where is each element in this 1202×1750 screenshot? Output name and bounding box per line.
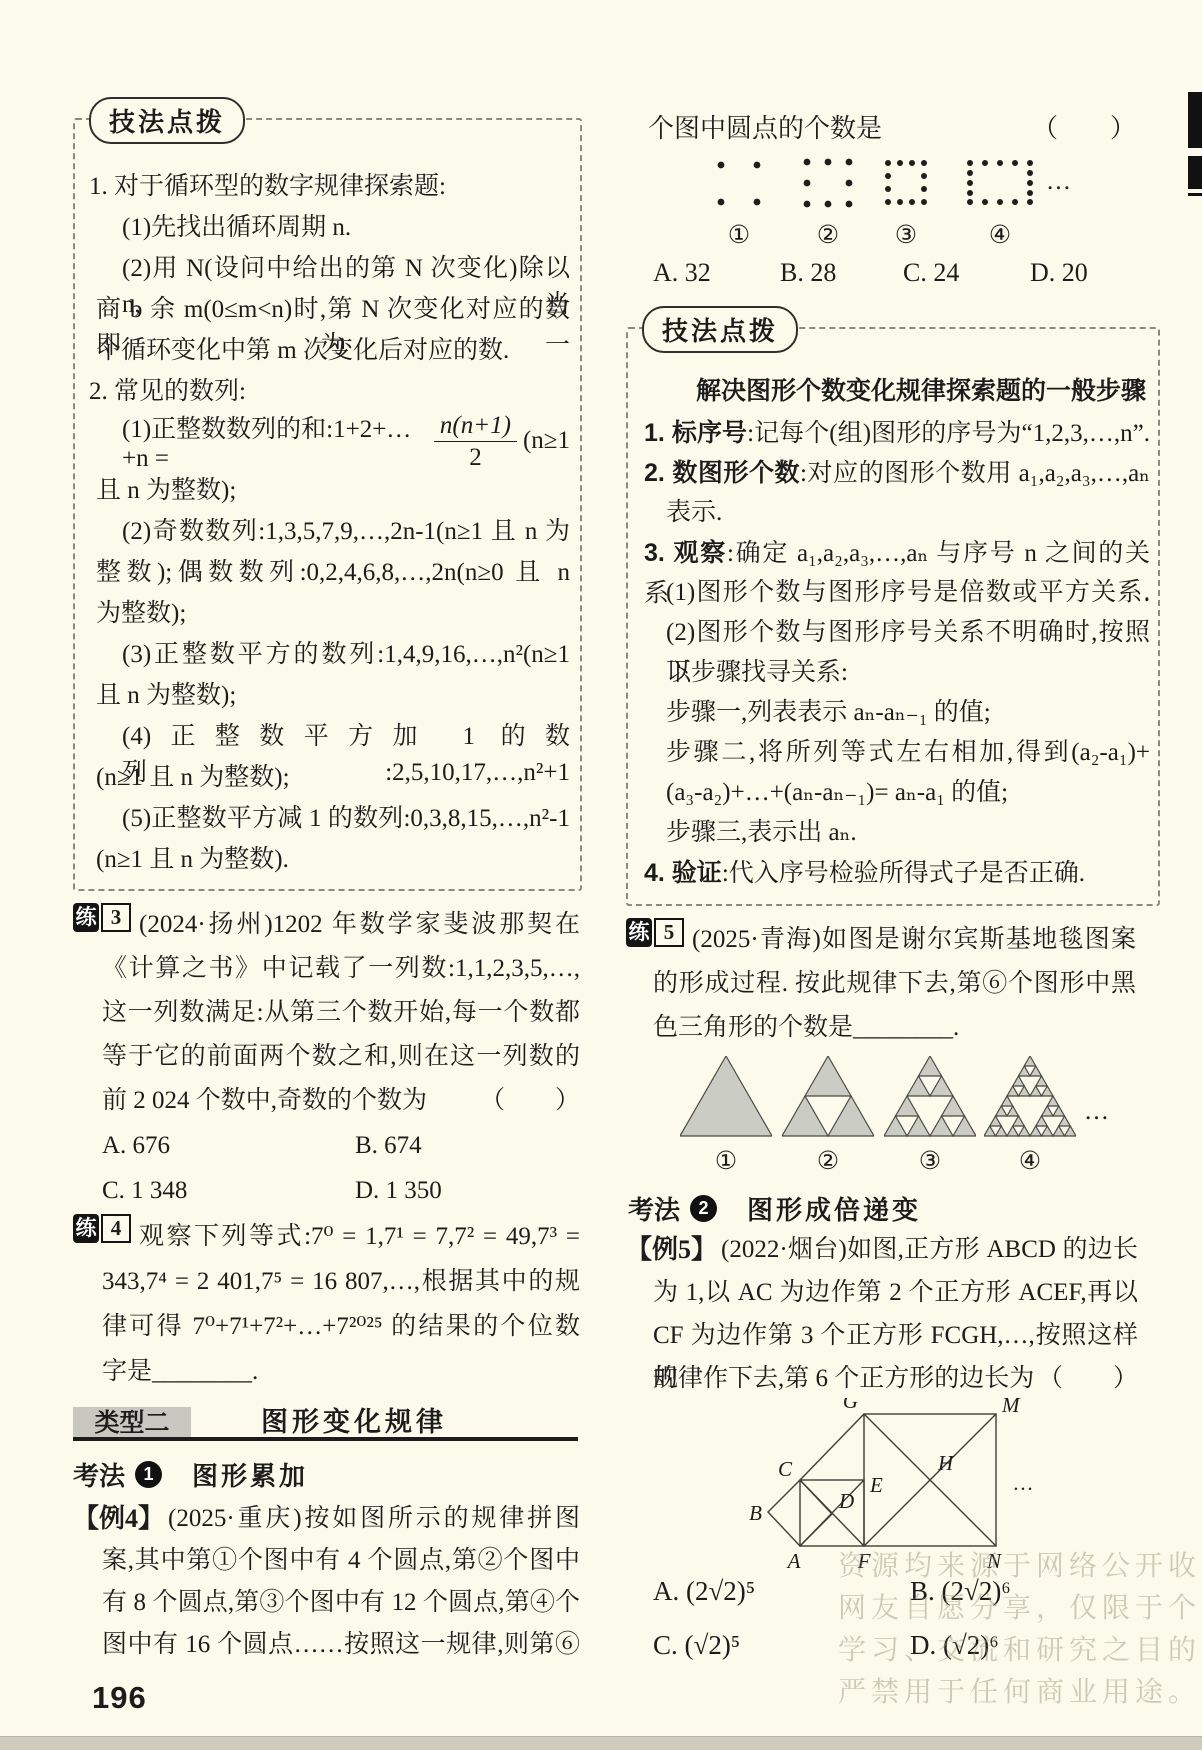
answer-bracket: （ ） xyxy=(1032,110,1136,148)
option-d: D. 1 350 xyxy=(355,1168,580,1213)
section-rule xyxy=(73,1437,578,1441)
practice-tag: 练 xyxy=(73,903,99,932)
watermark: 资源均来源于网络公开收集及 网友自愿分享，仅限于个人 学习、交流和研究之目的， … xyxy=(838,1546,1202,1714)
figure-label-4: ④ xyxy=(966,220,1034,250)
tip-line: 为整数); xyxy=(89,593,570,634)
page-bottom-edge xyxy=(0,1736,1202,1750)
example-tag: 【例5】 xyxy=(626,1228,717,1271)
tip-line: 下步骤找寻关系: xyxy=(644,653,1150,693)
example-4: 【例4】 (2025·重庆)按如图所示的规律拼图 案,其中第①个图中有 4 个圆… xyxy=(73,1498,580,1666)
problem-line: (2025·重庆)按如图所示的规律拼图 xyxy=(168,1498,580,1540)
watermark-line: 严禁用于任何商业用途。 xyxy=(838,1672,1202,1714)
sierpinski-figure-4 xyxy=(984,1056,1076,1138)
formula-pre: (1)正整数数列的和:1+2+…+n = xyxy=(122,409,428,473)
problem-line: 《计算之书》中记载了一列数:1,1,2,3,5,…, xyxy=(73,947,580,991)
option-c: C. (√2)⁵ xyxy=(653,1630,740,1661)
answer-bracket: （ ） xyxy=(480,1079,580,1123)
tip-line: (1)先找出循环周期 n. xyxy=(89,207,570,248)
practice-marker: 练 5 xyxy=(626,918,684,947)
tips-label-right: 技法点拨 xyxy=(642,306,798,353)
practice-marker: 练 3 xyxy=(73,903,131,932)
page-number: 196 xyxy=(92,1680,147,1716)
problem-line: 字是________. xyxy=(73,1349,580,1394)
options-grid: A. 676 B. 674 C. 1 348 D. 1 350 xyxy=(73,1123,580,1213)
tips-box-right: 技法点拨 解决图形个数变化规律探索题的一般步骤 1. 标序号:记每个(组)图形的… xyxy=(626,327,1160,906)
example-5: 【例5】 (2022·烟台)如图,正方形 ABCD 的边长 为 1,以 AC 为… xyxy=(626,1228,1138,1400)
tip-line: 2. 常见的数列: xyxy=(89,371,570,412)
watermark-line: 资源均来源于网络公开收集及 xyxy=(838,1546,1202,1588)
tip-line: 表示. xyxy=(644,493,1150,533)
fraction: n(n+1)2 xyxy=(434,413,517,470)
problem-line: (2024·扬州)1202 年数学家斐波那契在 xyxy=(139,903,580,947)
tip-line: 步骤一,列表表示 aₙ-aₙ₋₁ 的值; xyxy=(644,693,1150,733)
tip-line: (2)图形个数与图形序号关系不明确时,按照以 xyxy=(644,613,1150,653)
tip-line: (a₃-a₂)+…+(aₙ-aₙ₋₁)= aₙ-a₁ 的值; xyxy=(644,773,1150,813)
sierpinski-figure-2 xyxy=(782,1056,874,1138)
method-label: 考法 xyxy=(628,1190,680,1227)
problem-line: 等于它的前面两个数之和,则在这一列数的 xyxy=(73,1035,580,1079)
option-d: D. 20 xyxy=(1030,258,1088,288)
edge-tab-top xyxy=(1188,92,1202,148)
option-a: A. 32 xyxy=(653,258,711,288)
dots-ellipsis: … xyxy=(1046,168,1071,196)
problem-line: 观察下列等式:7⁰ = 1,7¹ = 7,7² = 49,7³ = xyxy=(139,1214,580,1259)
problem-line: 律可得 7⁰+7¹+7²+…+7²⁰²⁵ 的结果的个位数 xyxy=(73,1304,580,1349)
tip-term: 标序号 xyxy=(672,419,747,447)
tip-line: (5)正整数平方减 1 的数列:0,3,8,15,…,n²-1 xyxy=(89,798,570,839)
problem-line-with-bracket: 规律作下去,第 6 个正方形的边长为 （ ） xyxy=(626,1357,1138,1400)
point-label-c: C xyxy=(778,1457,793,1481)
dot-figure-2 xyxy=(802,157,854,209)
practice-marker: 练 4 xyxy=(73,1214,131,1243)
tip-line: 4. 验证:代入序号检验所得式子是否正确. xyxy=(644,853,1150,893)
tip-line: 个循环变化中第 m 次变化后对应的数. xyxy=(89,330,570,371)
problem-line: (2025·青海)如图是谢尔宾斯基地毯图案 xyxy=(692,918,1136,962)
figure-label-1: ① xyxy=(716,220,762,250)
tip-line: (3)正整数平方的数列:1,4,9,16,…,n²(n≥1 xyxy=(89,634,570,675)
tip-text: :记每个(组)图形的序号为“1,2,3,…,n”. xyxy=(747,420,1150,447)
method-1-header: 考法 1 图形累加 xyxy=(73,1456,308,1493)
fraction-numerator: n(n+1) xyxy=(434,413,517,442)
problem-line: CF 为边作第 3 个正方形 FCGH,…,按照这样的 xyxy=(626,1314,1138,1357)
section-type2: 类型二 图形变化规律 xyxy=(73,1400,578,1440)
example-tag: 【例4】 xyxy=(73,1498,164,1540)
tip-line: 商 b 余 m(0≤m<n)时,第 N 次变化对应的数即为一 xyxy=(89,289,570,330)
tip-line: 且 n 为整数); xyxy=(89,675,570,716)
tip-line: (n≥1 且 n 为整数). xyxy=(89,839,570,880)
option-c: C. 24 xyxy=(903,258,959,288)
formula-post: (n≥1 xyxy=(523,427,570,455)
point-label-a: A xyxy=(786,1549,801,1573)
tip-term: 数图形个数 xyxy=(672,459,800,487)
sierpinski-figure-1 xyxy=(680,1056,772,1138)
point-label-d: D xyxy=(838,1489,854,1513)
problem-line: 前 2 024 个数中,奇数的个数为 xyxy=(102,1079,427,1123)
option-c: C. 1 348 xyxy=(102,1168,355,1213)
figure-label-3: ③ xyxy=(884,220,928,250)
option-a: A. 676 xyxy=(102,1123,355,1168)
point-label-h: H xyxy=(937,1451,955,1475)
tips-box-left: 技法点拨 1. 对于循环型的数字规律探索题: (1)先找出循环周期 n. (2)… xyxy=(73,118,582,891)
figure-label-2: ② xyxy=(802,220,854,250)
tip-line: (2)用 N(设问中给出的第 N 次变化)除以 n,当 xyxy=(89,248,570,289)
problem-line: 为 1,以 AC 为边作第 2 个正方形 ACEF,再以 xyxy=(626,1271,1138,1314)
dot-figure-4 xyxy=(966,159,1034,207)
tip-line: 步骤三,表示出 aₙ. xyxy=(644,813,1150,853)
example-4-continuation: 个图中圆点的个数是 （ ） xyxy=(648,110,1136,148)
tip-line: (1)图形个数与图形序号是倍数或平方关系. xyxy=(644,573,1150,613)
method-2-header: 考法 2 图形成倍递变 xyxy=(628,1190,921,1227)
method-title: 图形成倍递变 xyxy=(747,1190,921,1227)
figure-label-4: ④ xyxy=(984,1146,1076,1176)
tip-num: 2. xyxy=(644,459,672,487)
problem-line: 个图中圆点的个数是 xyxy=(648,110,882,148)
practice-number: 4 xyxy=(101,1214,131,1243)
watermark-line: 网友自愿分享，仅限于个人 xyxy=(838,1588,1202,1630)
tip-line: 1. 对于循环型的数字规律探索题: xyxy=(89,166,570,207)
tip-num: 1. xyxy=(644,419,672,447)
tip-term: 观察 xyxy=(674,539,727,567)
problem-line: 的形成过程. 按此规律下去,第⑥个图形中黑 xyxy=(626,962,1136,1006)
problem-line: 图中有 16 个圆点……按照这一规律,则第⑥ xyxy=(73,1624,580,1666)
section-tag: 类型二 xyxy=(73,1407,191,1440)
tip-line: 整数);偶数数列:0,2,4,6,8,…,2n(n≥0 且 n xyxy=(89,552,570,593)
tip-text: :对应的图形个数用 a₁,a₂,a₃,…,aₙ xyxy=(800,460,1150,487)
practice-tag: 练 xyxy=(626,918,652,947)
option-b: B. 28 xyxy=(780,258,836,288)
problem-3: 练 3 (2024·扬州)1202 年数学家斐波那契在 《计算之书》中记载了一列… xyxy=(73,903,580,1213)
tip-line: 1. 标序号:记每个(组)图形的序号为“1,2,3,…,n”. xyxy=(644,413,1150,453)
option-b: B. 674 xyxy=(355,1123,580,1168)
tip-text: :代入序号检验所得式子是否正确. xyxy=(722,860,1085,887)
practice-number: 5 xyxy=(654,918,684,947)
method-label: 考法 xyxy=(73,1456,125,1493)
problem-line: 案,其中第①个图中有 4 个圆点,第②个图中 xyxy=(73,1540,580,1582)
tip-line: 2. 数图形个数:对应的图形个数用 a₁,a₂,a₃,…,aₙ xyxy=(644,453,1150,493)
edge-tab-rule xyxy=(1188,193,1202,196)
problem-line: 有 8 个圆点,第③个图中有 12 个圆点,第④个 xyxy=(73,1582,580,1624)
problem-line: 色三角形的个数是________. xyxy=(626,1006,1136,1050)
problem-4: 练 4 观察下列等式:7⁰ = 1,7¹ = 7,7² = 49,7³ = 34… xyxy=(73,1214,580,1394)
problem-line: 这一列数满足:从第三个数开始,每一个数都 xyxy=(73,991,580,1035)
tip-line: 3. 观察:确定 a₁,a₂,a₃,…,aₙ 与序号 n 之间的关系. xyxy=(644,533,1150,573)
method-number-badge: 1 xyxy=(135,1461,162,1488)
tip-term: 验证 xyxy=(672,859,722,887)
tip-line: (2)奇数数列:1,3,5,7,9,…,2n-1(n≥1 且 n 为 xyxy=(89,511,570,552)
problem-line-with-bracket: 前 2 024 个数中,奇数的个数为 （ ） xyxy=(73,1079,580,1123)
figure-label-2: ② xyxy=(782,1146,874,1176)
dot-figure-1 xyxy=(716,158,762,208)
figure-label-1: ① xyxy=(680,1146,772,1176)
tip-line: 且 n 为整数); xyxy=(89,470,570,511)
tip-num: 3. xyxy=(644,539,674,567)
practice-number: 3 xyxy=(101,903,131,932)
sierpinski-figure-3 xyxy=(884,1056,976,1138)
dot-figure-3 xyxy=(884,159,928,207)
watermark-line: 学习、交流和研究之目的， xyxy=(838,1630,1202,1672)
point-label-m: M xyxy=(1001,1398,1021,1417)
figure-ellipsis: … xyxy=(1014,1471,1033,1495)
problem-5: 练 5 (2025·青海)如图是谢尔宾斯基地毯图案 的形成过程. 按此规律下去,… xyxy=(626,918,1136,1050)
practice-tag: 练 xyxy=(73,1214,99,1243)
point-label-e: E xyxy=(869,1473,883,1497)
textbook-page: 技法点拨 1. 对于循环型的数字规律探索题: (1)先找出循环周期 n. (2)… xyxy=(0,0,1202,1750)
point-label-b: B xyxy=(749,1501,762,1525)
point-label-g: G xyxy=(843,1398,858,1413)
tip-num: 4. xyxy=(644,859,672,887)
tips-title: 解决图形个数变化规律探索题的一般步骤 xyxy=(644,369,1150,413)
problem-line: (2022·烟台)如图,正方形 ABCD 的边长 xyxy=(721,1228,1138,1271)
triangles-ellipsis: … xyxy=(1084,1098,1109,1126)
tips-label-left: 技法点拨 xyxy=(89,97,245,144)
tip-line: 步骤二,将所列等式左右相加,得到(a₂-a₁)+ xyxy=(644,733,1150,773)
edge-tab-bottom xyxy=(1188,156,1202,189)
formula-line: (1)正整数数列的和:1+2+…+n = n(n+1)2 (n≥1 xyxy=(89,412,570,470)
method-number-badge: 2 xyxy=(690,1195,717,1222)
fraction-denominator: 2 xyxy=(469,442,482,470)
method-title: 图形累加 xyxy=(192,1456,308,1493)
answer-bracket: （ ） xyxy=(1038,1357,1138,1400)
section-title: 图形变化规律 xyxy=(261,1407,447,1437)
figure-label-3: ③ xyxy=(884,1146,976,1176)
problem-line: 343,7⁴ = 2 401,7⁵ = 16 807,…,根据其中的规 xyxy=(73,1259,580,1304)
option-a: A. (2√2)⁵ xyxy=(653,1576,755,1607)
tip-line: (4)正整数平方加 1 的数列:2,5,10,17,…,n²+1 xyxy=(89,716,570,757)
problem-line: 规律作下去,第 6 个正方形的边长为 xyxy=(653,1357,1034,1400)
